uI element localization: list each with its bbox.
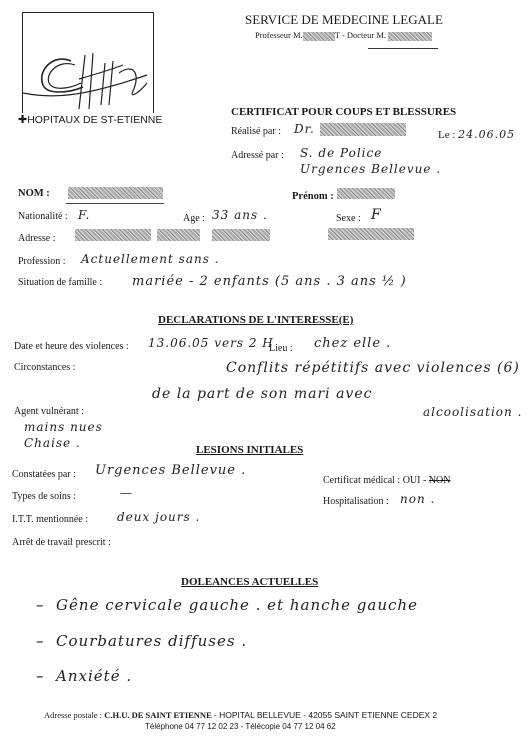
redacted-address <box>328 228 414 240</box>
certificate-title: CERTIFICAT POUR COUPS ET BLESSURES <box>231 106 456 118</box>
agent-line1: mains nues <box>24 420 103 434</box>
lieu-label: Lieu : <box>269 343 293 354</box>
chu-logo <box>22 12 154 113</box>
date-violences-label: Date et heure des violences : <box>14 341 129 352</box>
hospitalisation-label: Hospitalisation : <box>323 496 389 507</box>
signature-underline <box>368 48 438 49</box>
nom-label: NOM : <box>18 188 50 199</box>
doleances-title: DOLEANCES ACTUELLES <box>181 576 318 588</box>
realise-value: Dr. <box>294 122 315 136</box>
doleance-item: – Anxiété . <box>36 667 132 685</box>
hospital-name: ✚HOPITAUX DE ST-ETIENNE <box>18 113 162 126</box>
doleance-item: – Gêne cervicale gauche . et hanche gauc… <box>36 596 418 614</box>
date-violences-value: 13.06.05 vers 2 H <box>148 336 274 350</box>
cross-icon: ✚ <box>18 114 27 126</box>
redacted-address <box>157 229 200 241</box>
agent-line2: Chaise . <box>24 436 81 450</box>
declarations-title: DECLARATIONS DE L'INTERESSE(E) <box>158 314 353 326</box>
adresse-label: Adresse : <box>18 233 56 244</box>
redacted-name <box>303 32 335 41</box>
arret-label: Arrêt de travail prescrit : <box>12 537 111 548</box>
certificat-label: Certificat médical : OUI - NON <box>323 475 450 486</box>
service-title: SERVICE DE MEDECINE LEGALE <box>245 12 443 28</box>
chu-logo-icon <box>23 13 153 113</box>
circonstances-label: Circonstances : <box>14 362 75 373</box>
circonstances-line1: Conflits répétitifs avec violences (6) <box>226 360 520 376</box>
footer-address: Adresse postale : C.H.U. DE SAINT ETIENN… <box>44 710 437 720</box>
famille-label: Situation de famille : <box>18 277 102 288</box>
sexe-value: F <box>371 207 382 223</box>
lieu-value: chez elle . <box>314 336 391 351</box>
agent-label: Agent vulnérant : <box>14 406 84 417</box>
constatees-label: Constatées par : <box>12 469 76 480</box>
nom-underline <box>66 203 164 204</box>
age-label: Age : <box>183 213 205 224</box>
redacted-doctor <box>320 123 406 136</box>
redacted-nom <box>68 187 163 199</box>
date-label: Le : 24.06.05 <box>438 128 515 141</box>
profession-value: Actuellement sans . <box>81 252 220 266</box>
adresse-par-line2: Urgences Bellevue . <box>300 162 441 176</box>
certificat-non-struck: NON <box>429 475 451 486</box>
itt-label: I.T.T. mentionnée : <box>12 514 88 525</box>
realise-label: Réalisé par : <box>231 126 281 137</box>
redacted-address <box>212 229 270 241</box>
age-value: 33 ans . <box>212 208 268 222</box>
doctors-line: Professeur M.T - Docteur M. <box>255 30 432 41</box>
hospitalisation-value: non . <box>400 492 435 506</box>
circonstances-line2: de la part de son mari avec <box>152 386 372 402</box>
sexe-label: Sexe : <box>336 213 361 224</box>
redacted-prenom <box>337 188 395 199</box>
adresse-par-label: Adressé par : <box>231 150 284 161</box>
prenom-label: Prénom : <box>292 191 334 202</box>
footer-phone: Téléphone 04 77 12 02 23 - Télécopie 04 … <box>145 722 336 731</box>
soins-value: — <box>120 486 133 500</box>
date-value: 24.06.05 <box>458 128 515 141</box>
famille-value: mariée - 2 enfants (5 ans . 3 ans ½ ) <box>132 274 407 289</box>
lesions-title: LESIONS INITIALES <box>196 444 303 456</box>
constatees-value: Urgences Bellevue . <box>95 463 246 478</box>
adresse-par-line1: S. de Police <box>300 146 382 160</box>
redacted-name <box>388 32 432 41</box>
soins-label: Types de soins : <box>12 491 76 502</box>
profession-label: Profession : <box>18 256 66 267</box>
nationalite-label: Nationalité : <box>18 211 68 222</box>
redacted-address <box>75 229 151 241</box>
doleance-item: – Courbatures diffuses . <box>36 632 247 650</box>
itt-value: deux jours . <box>117 510 200 524</box>
circonstances-line3: alcoolisation . <box>423 405 522 419</box>
nationalite-value: F. <box>78 208 90 222</box>
